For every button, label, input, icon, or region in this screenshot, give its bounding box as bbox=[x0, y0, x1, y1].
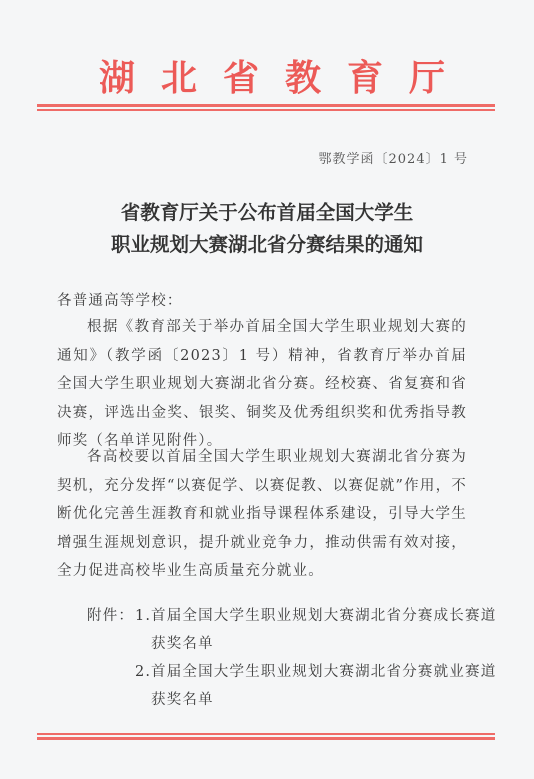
header-red-rule-thin bbox=[37, 109, 495, 111]
attachment-title: 首届全国大学生职业规划大赛湖北省分赛成长赛道获奖名单 bbox=[151, 602, 497, 658]
document-number: 鄂教学函〔2024〕1 号 bbox=[319, 148, 469, 167]
header-red-rule-thick bbox=[37, 104, 495, 107]
footer-red-rule-thick bbox=[37, 737, 495, 740]
attachment-number: 2. bbox=[135, 658, 151, 714]
body-paragraph-2: 各高校要以首届全国大学生职业规划大赛湖北省分赛为契机，充分发挥“以赛促学、以赛促… bbox=[57, 443, 467, 586]
document-title: 省教育厅关于公布首届全国大学生 职业规划大赛湖北省分赛结果的通知 bbox=[0, 197, 534, 261]
attachment-title: 首届全国大学生职业规划大赛湖北省分赛就业赛道获奖名单 bbox=[151, 658, 497, 714]
attachments-section: 附件： 1. 首届全国大学生职业规划大赛湖北省分赛成长赛道获奖名单 2. 首届全… bbox=[87, 602, 497, 714]
attachment-number: 1. bbox=[135, 602, 151, 658]
attachment-item: 2. 首届全国大学生职业规划大赛湖北省分赛就业赛道获奖名单 bbox=[135, 658, 497, 714]
body-paragraph-1: 根据《教育部关于举办首届全国大学生职业规划大赛的通知》（教学函〔2023〕1 号… bbox=[57, 313, 467, 456]
title-line-1: 省教育厅关于公布首届全国大学生 bbox=[0, 197, 534, 229]
attachment-item: 1. 首届全国大学生职业规划大赛湖北省分赛成长赛道获奖名单 bbox=[135, 602, 497, 658]
salutation: 各普通高等学校： bbox=[57, 287, 467, 316]
letterhead-issuer: 湖北省教育厅 bbox=[0, 56, 534, 100]
footer-red-rule-thin bbox=[37, 733, 495, 735]
title-line-2: 职业规划大赛湖北省分赛结果的通知 bbox=[0, 229, 534, 261]
attachments-label: 附件： bbox=[87, 602, 135, 714]
